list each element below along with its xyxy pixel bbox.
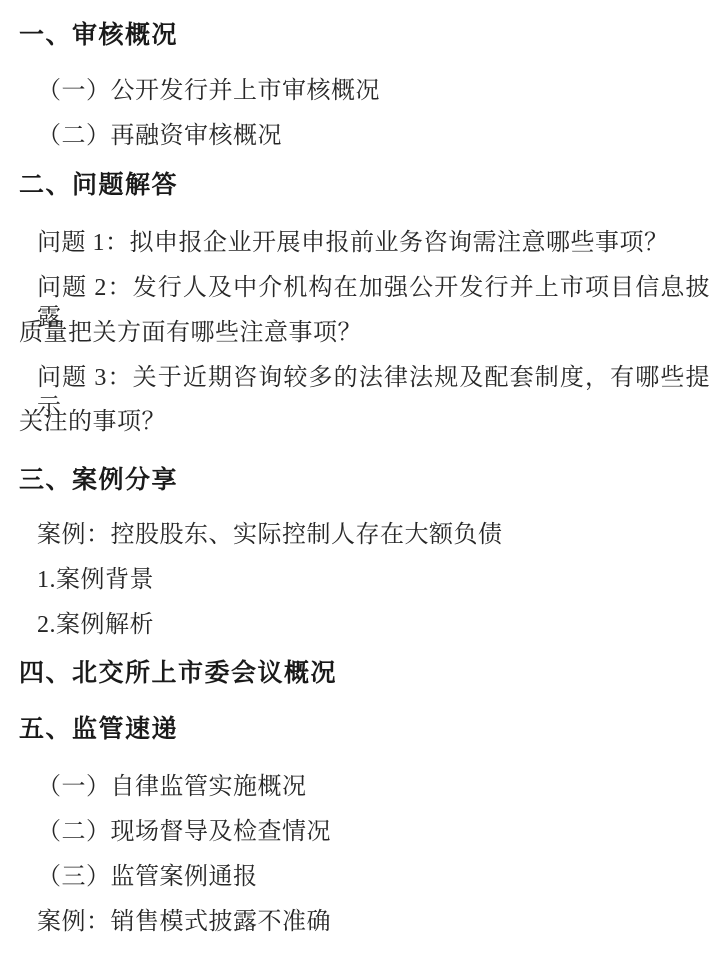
section-3-heading: 三、案例分享 (19, 465, 178, 495)
section-5-heading: 五、监管速递 (19, 714, 178, 744)
section-3-case-analysis: 2.案例解析 (37, 610, 154, 640)
section-5-item-2: （二）现场督导及检查情况 (37, 817, 331, 847)
section-5-item-3: （三）监管案例通报 (37, 862, 258, 892)
section-1-heading: 一、审核概况 (19, 20, 178, 50)
section-5-case-title: 案例：销售模式披露不准确 (37, 907, 331, 937)
section-3-case-title: 案例：控股股东、实际控制人存在大额负债 (37, 520, 503, 550)
section-3-case-background: 1.案例背景 (37, 565, 154, 595)
section-2-heading: 二、问题解答 (19, 170, 178, 200)
section-2-question-2-line-2: 质量把关方面有哪些注意事项？ (19, 318, 362, 348)
section-1-item-2: （二）再融资审核概况 (37, 121, 282, 151)
section-2-question-1: 问题 1：拟申报企业开展申报前业务咨询需注意哪些事项？ (37, 228, 669, 258)
document-page: 一、审核概况 （一）公开发行并上市审核概况 （二）再融资审核概况 二、问题解答 … (0, 0, 727, 965)
section-1-item-1: （一）公开发行并上市审核概况 (37, 76, 380, 106)
section-5-item-1: （一）自律监管实施概况 (37, 772, 307, 802)
section-2-question-3-line-2: 关注的事项？ (19, 407, 166, 437)
section-4-heading: 四、北交所上市委会议概况 (19, 658, 337, 688)
